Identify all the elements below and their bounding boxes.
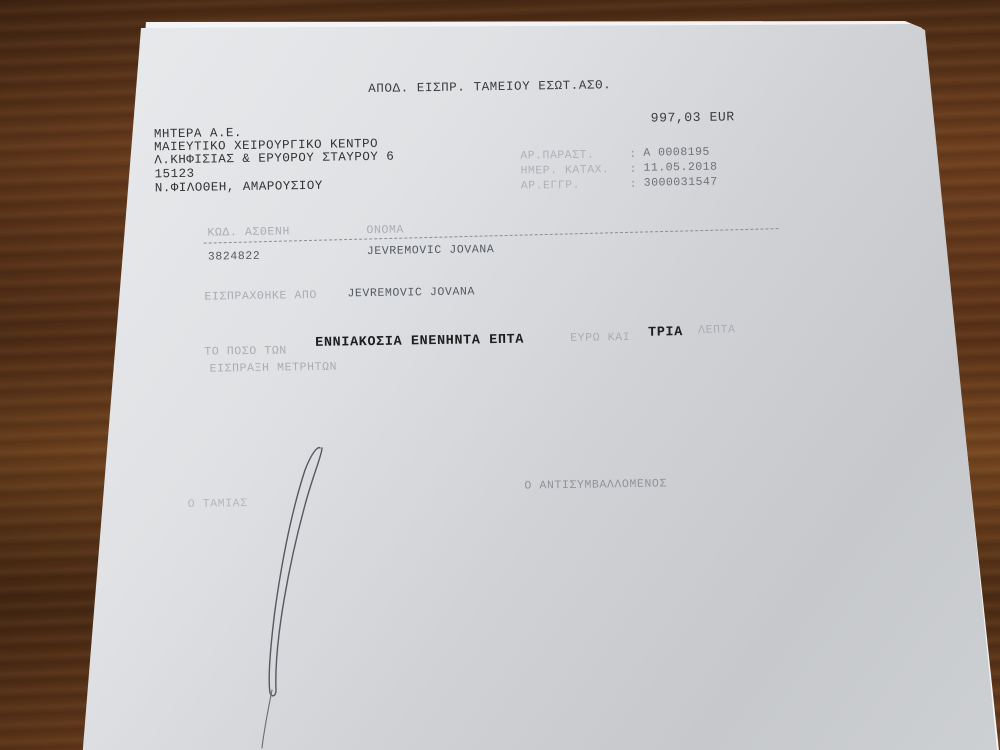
issuer-postcode: 15123	[154, 167, 194, 182]
receipt-amount: 997,03 EUR	[651, 109, 735, 125]
meta-value-registration-no: 3000031547	[644, 176, 718, 190]
amount-words-cents-label: ΛΕΠΤΑ	[698, 323, 736, 337]
issuer-street: Λ.ΚΗΦΙΣΙΑΣ & ΕΡΥΘΡΟΥ ΣΤΑΥΡΟΥ 6	[154, 150, 394, 168]
receipt-title: ΑΠΟΔ. ΕΙΣΠΡ. ΤΑΜΕΙΟΥ ΕΣΩΤ.ΑΣΘ.	[368, 78, 611, 96]
amount-words-prefix: ΤΟ ΠΟΣΟ ΤΩΝ	[204, 344, 287, 358]
patient-code: 3824822	[208, 250, 261, 264]
receipt-document: ΑΠΟΔ. ΕΙΣΠΡ. ΤΑΜΕΙΟΥ ΕΣΩΤ.ΑΣΘ. 997,03 EU…	[0, 0, 1000, 750]
meta-sep: :	[630, 178, 637, 191]
counterparty-signature-label: Ο ΑΝΤΙΣΥΜΒΑΛΛΟΜΕΝΟΣ	[524, 477, 667, 492]
meta-label-receipt-no: ΑΡ.ΠΑΡΑΣΤ.	[520, 149, 594, 163]
meta-label-registration-no: ΑΡ.ΕΓΓΡ.	[521, 179, 580, 193]
amount-words-euros-label: ΕΥΡΩ ΚΑΙ	[570, 331, 630, 345]
collected-from-name: JEVREMOVIC JOVANA	[347, 285, 475, 300]
patient-header-code: ΚΩΔ. ΑΣΘΕΝΗ	[207, 225, 290, 239]
meta-value-entry-date: 11.05.2018	[643, 161, 717, 175]
issuer-city: Ν.ΦΙΛΟΘΕΗ, ΑΜΑΡΟΥΣΙΟΥ	[155, 179, 323, 196]
patient-name: JEVREMOVIC JOVANA	[367, 243, 495, 258]
collected-from-label: ΕΙΣΠΡΑΧΘΗΚΕ ΑΠΟ	[204, 289, 317, 304]
meta-value-receipt-no: Α 0008195	[643, 146, 710, 160]
amount-words-euros: ΕΝΝΙΑΚΟΣΙΑ ΕΝΕΝΗΝΤΑ ΕΠΤΑ	[315, 333, 524, 351]
meta-sep: :	[629, 148, 636, 161]
meta-label-entry-date: ΗΜΕΡ. ΚΑΤΑΧ.	[520, 163, 609, 177]
payment-method: ΕΙΣΠΡΑΞΗ ΜΕΤΡΗΤΩΝ	[210, 361, 338, 376]
cashier-signature-label: Ο ΤΑΜΙΑΣ	[188, 497, 248, 511]
meta-sep: :	[629, 163, 636, 176]
patient-header-name: ΟΝΟΜΑ	[366, 224, 404, 238]
amount-words-cents: ΤΡΙΑ	[648, 325, 683, 341]
